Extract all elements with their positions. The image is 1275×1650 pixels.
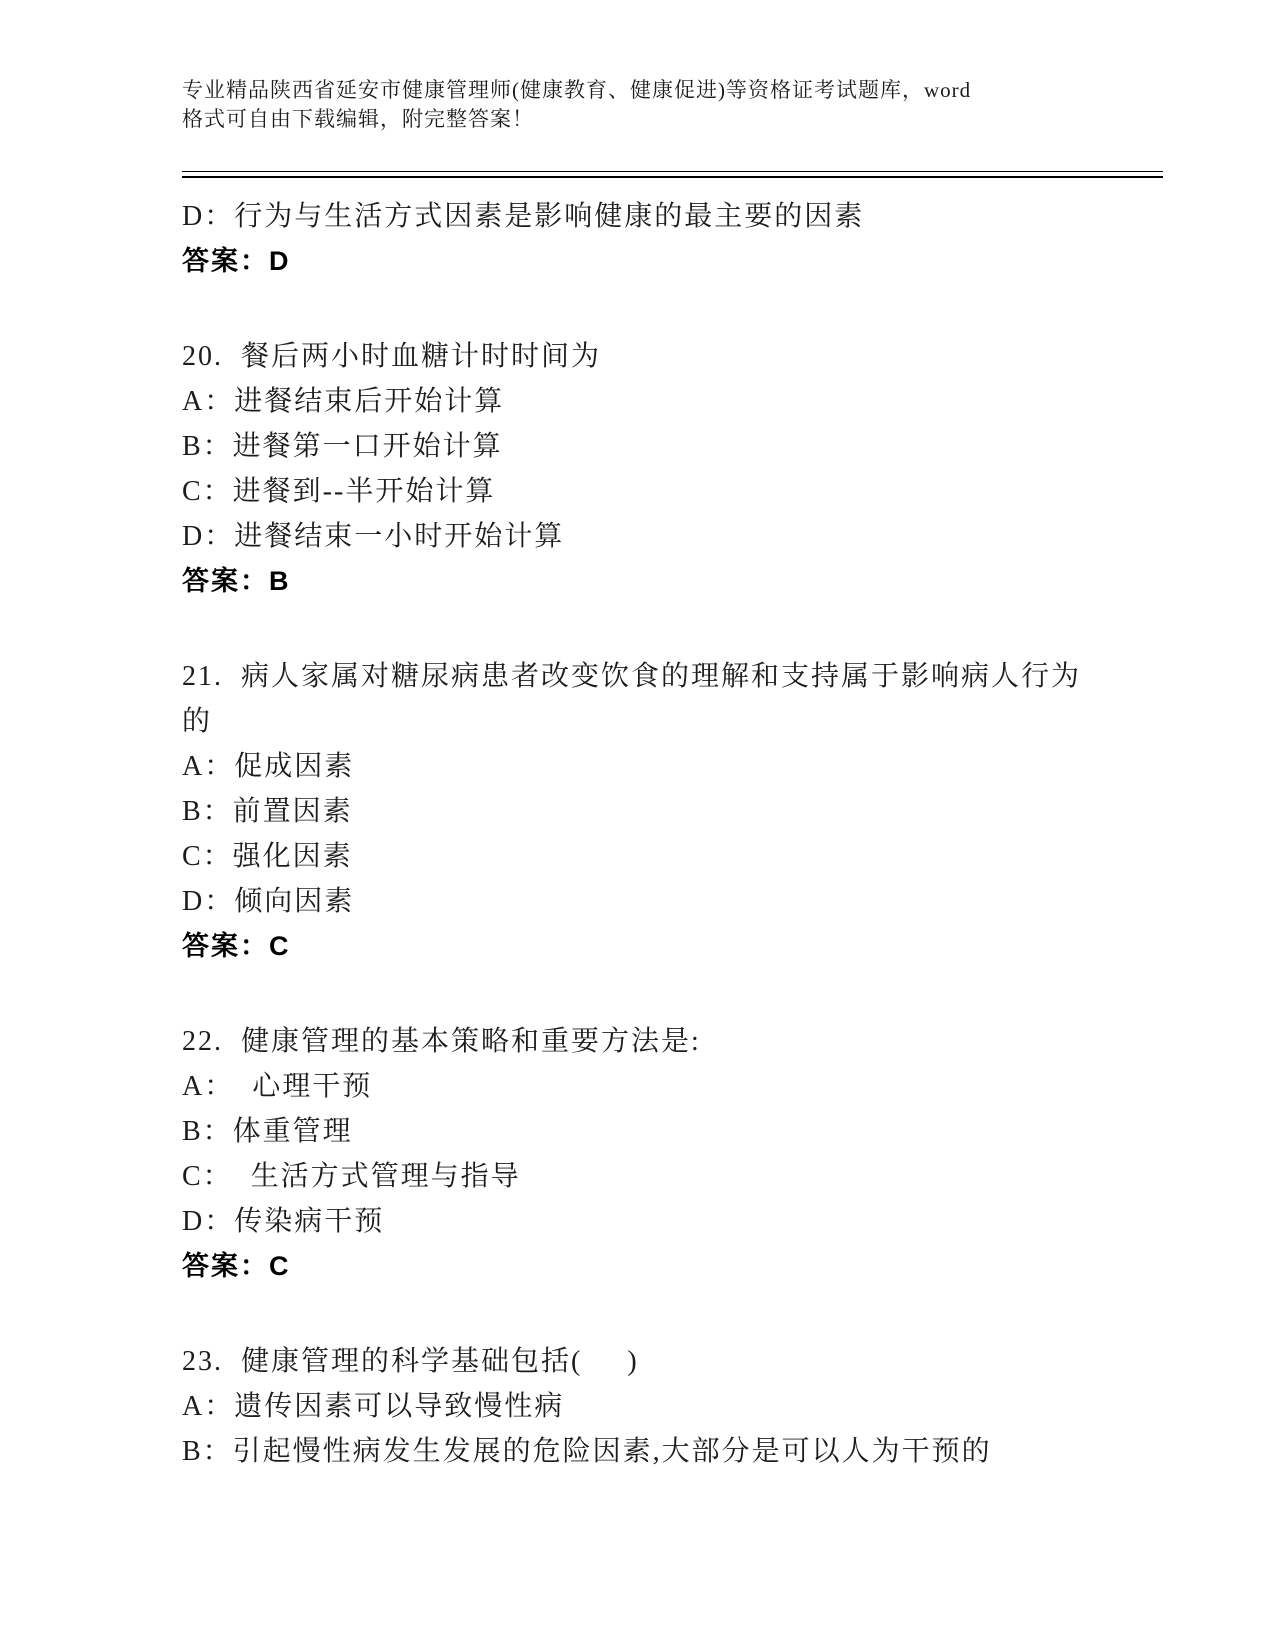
question-20: 20. 餐后两小时血糖计时时间为 A：进餐结束后开始计算 B：进餐第一口开始计算… [182, 334, 1192, 604]
question-22: 22. 健康管理的基本策略和重要方法是: A： 心理干预 B：体重管理 C： 生… [182, 1019, 1192, 1289]
document-page: 专业精品陕西省延安市健康管理师(健康教育、健康促进)等资格证考试题库，word … [0, 0, 1275, 1650]
question-title-continuation: 的 [182, 699, 1192, 744]
option-line: D：行为与生活方式因素是影响健康的最主要的因素 [182, 194, 1192, 239]
page-header: 专业精品陕西省延安市健康管理师(健康教育、健康促进)等资格证考试题库，word … [182, 0, 1185, 134]
option-line: D：传染病干预 [182, 1199, 1192, 1244]
option-line: A：遗传因素可以导致慢性病 [182, 1384, 1192, 1429]
header-text-line: 专业精品陕西省延安市健康管理师(健康教育、健康促进)等资格证考试题库，word [182, 76, 1185, 105]
option-line: A： 心理干预 [182, 1064, 1192, 1109]
answer-line: 答案：C [182, 924, 1192, 969]
question-title: 20. 餐后两小时血糖计时时间为 [182, 334, 1192, 379]
option-line: B：进餐第一口开始计算 [182, 424, 1192, 469]
option-line: C：进餐到--半开始计算 [182, 469, 1192, 514]
answer-line: 答案：C [182, 1244, 1192, 1289]
option-line: A：进餐结束后开始计算 [182, 379, 1192, 424]
answer-line: 答案：B [182, 559, 1192, 604]
header-text-line: 格式可自由下载编辑，附完整答案！ [182, 105, 1185, 134]
answer-line: 答案：D [182, 239, 1192, 284]
option-line: C：强化因素 [182, 834, 1192, 879]
option-line: D：倾向因素 [182, 879, 1192, 924]
question-title: 22. 健康管理的基本策略和重要方法是: [182, 1019, 1192, 1064]
question-19-tail: D：行为与生活方式因素是影响健康的最主要的因素 答案：D [182, 194, 1192, 284]
option-line: B：体重管理 [182, 1109, 1192, 1154]
option-line: B：前置因素 [182, 789, 1192, 834]
option-line: B：引起慢性病发生发展的危险因素,大部分是可以人为干预的 [182, 1429, 1192, 1474]
question-title: 21. 病人家属对糖尿病患者改变饮食的理解和支持属于影响病人行为 [182, 654, 1192, 699]
question-21: 21. 病人家属对糖尿病患者改变饮食的理解和支持属于影响病人行为 的 A：促成因… [182, 654, 1192, 969]
question-title: 23. 健康管理的科学基础包括( ) [182, 1339, 1192, 1384]
option-line: D：进餐结束一小时开始计算 [182, 514, 1192, 559]
header-divider-rule [182, 171, 1163, 178]
option-line: A：促成因素 [182, 744, 1192, 789]
question-23: 23. 健康管理的科学基础包括( ) A：遗传因素可以导致慢性病 B：引起慢性病… [182, 1339, 1192, 1474]
option-line: C： 生活方式管理与指导 [182, 1154, 1192, 1199]
document-body: D：行为与生活方式因素是影响健康的最主要的因素 答案：D 20. 餐后两小时血糖… [182, 194, 1192, 1474]
